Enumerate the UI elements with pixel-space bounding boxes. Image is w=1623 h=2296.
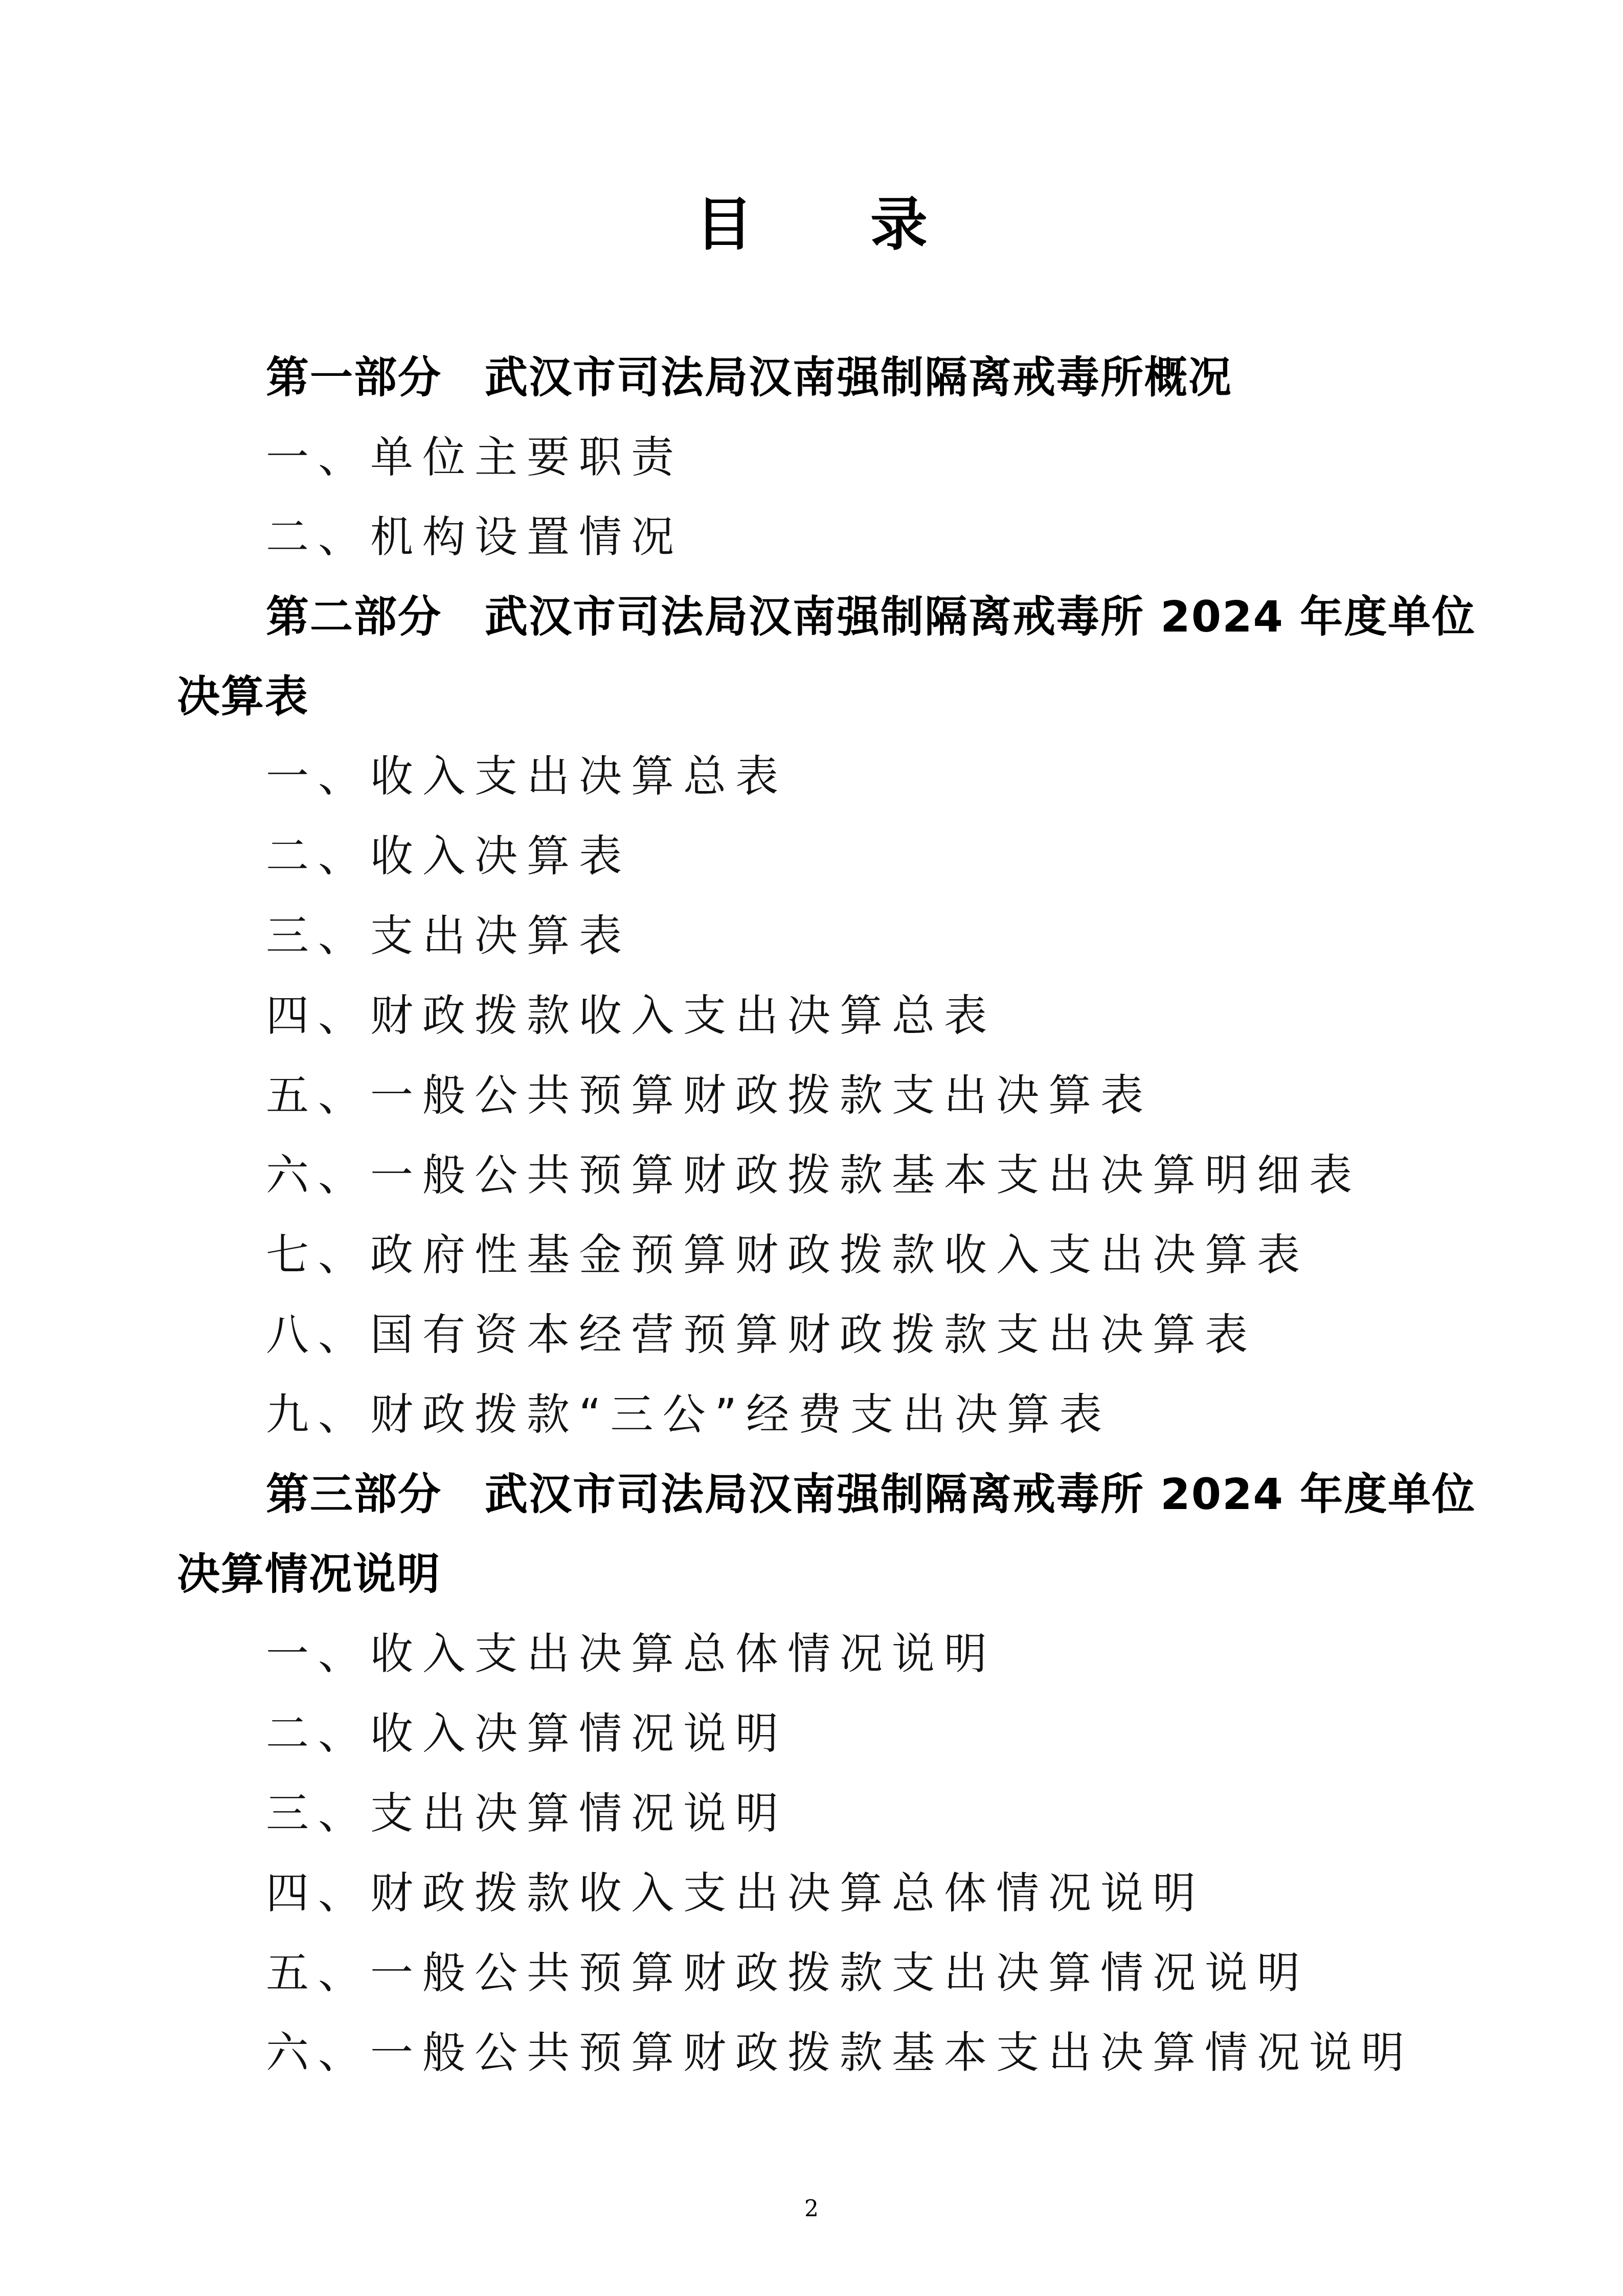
- part-title: 武汉市司法局汉南强制隔离戒毒所 2024 年度单位: [485, 1469, 1476, 1519]
- page-number: 2: [0, 2194, 1623, 2224]
- part-label: 第三部分: [266, 1469, 442, 1519]
- toc-item[interactable]: 二、机构设置情况: [177, 497, 1466, 577]
- part-title: 武汉市司法局汉南强制隔离戒毒所概况: [485, 352, 1232, 402]
- toc-part-3[interactable]: 第三部分武汉市司法局汉南强制隔离戒毒所 2024 年度单位: [177, 1454, 1466, 1534]
- table-of-contents: 第一部分武汉市司法局汉南强制隔离戒毒所概况 一、单位主要职责 二、机构设置情况 …: [177, 337, 1466, 2092]
- toc-part-2[interactable]: 第二部分武汉市司法局汉南强制隔离戒毒所 2024 年度单位: [177, 577, 1466, 657]
- toc-item[interactable]: 一、单位主要职责: [177, 417, 1466, 497]
- toc-item[interactable]: 一、收入支出决算总体情况说明: [177, 1614, 1466, 1694]
- title-char-2: 录: [870, 184, 928, 266]
- toc-item[interactable]: 五、一般公共预算财政拨款支出决算表: [177, 1055, 1466, 1135]
- toc-item[interactable]: 三、支出决算情况说明: [177, 1773, 1466, 1853]
- toc-item[interactable]: 二、收入决算情况说明: [177, 1694, 1466, 1773]
- part-label: 第一部分: [266, 352, 442, 402]
- toc-part-1[interactable]: 第一部分武汉市司法局汉南强制隔离戒毒所概况: [177, 337, 1466, 417]
- toc-item[interactable]: 六、一般公共预算财政拨款基本支出决算明细表: [177, 1135, 1466, 1215]
- part-title: 武汉市司法局汉南强制隔离戒毒所 2024 年度单位: [485, 592, 1476, 642]
- toc-item[interactable]: 一、收入支出决算总表: [177, 736, 1466, 816]
- part-label: 第二部分: [266, 592, 442, 642]
- toc-item[interactable]: 三、支出决算表: [177, 896, 1466, 976]
- page-title: 目录: [0, 184, 1623, 266]
- toc-item[interactable]: 七、政府性基金预算财政拨款收入支出决算表: [177, 1215, 1466, 1295]
- toc-item[interactable]: 五、一般公共预算财政拨款支出决算情况说明: [177, 1933, 1466, 2013]
- toc-item[interactable]: 二、收入决算表: [177, 816, 1466, 896]
- title-char-1: 目: [695, 184, 753, 266]
- toc-item[interactable]: 六、一般公共预算财政拨款基本支出决算情况说明: [177, 2013, 1466, 2092]
- toc-item[interactable]: 四、财政拨款收入支出决算总表: [177, 976, 1466, 1055]
- toc-item[interactable]: 八、国有资本经营预算财政拨款支出决算表: [177, 1295, 1466, 1375]
- toc-part-2-continuation[interactable]: 决算表: [177, 657, 1466, 736]
- toc-part-3-continuation[interactable]: 决算情况说明: [177, 1534, 1466, 1614]
- toc-item[interactable]: 九、财政拨款“三公”经费支出决算表: [177, 1375, 1466, 1454]
- toc-item[interactable]: 四、财政拨款收入支出决算总体情况说明: [177, 1853, 1466, 1933]
